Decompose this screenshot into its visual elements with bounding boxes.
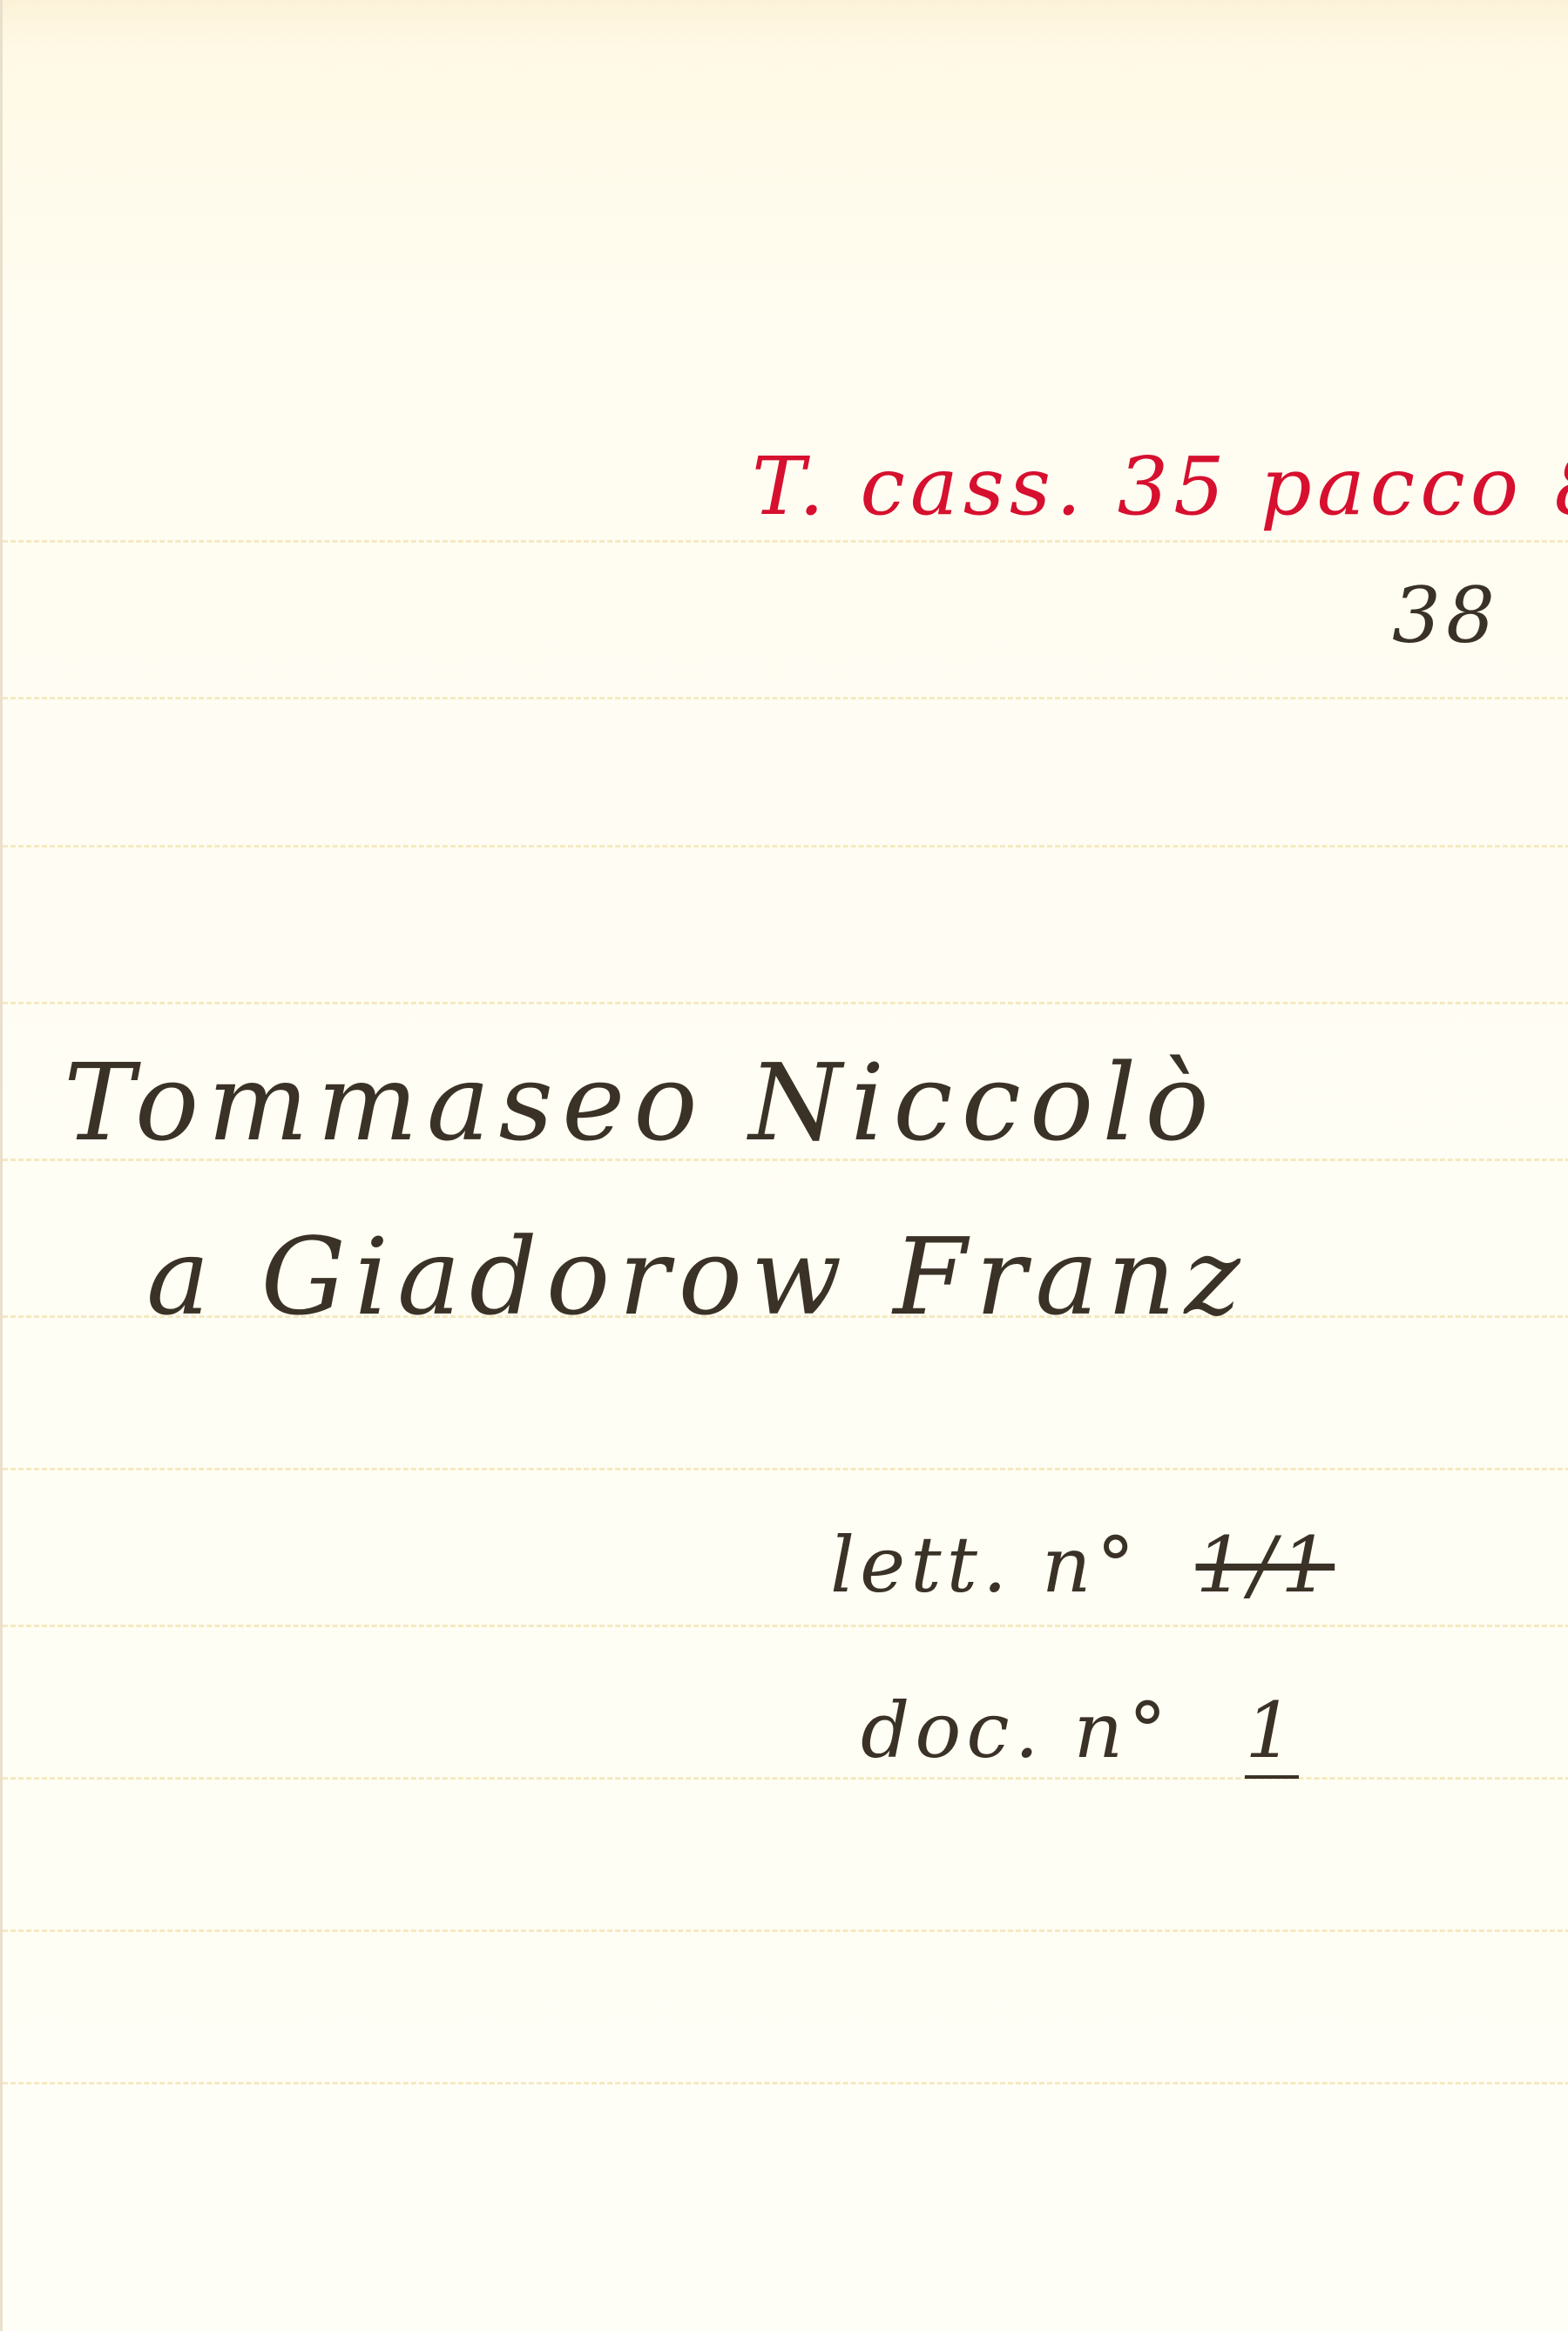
ruled-line xyxy=(3,1929,1568,1932)
document-count-label: doc. n° xyxy=(861,1686,1172,1775)
author-name: Tommaseo Niccolò xyxy=(64,1041,1218,1165)
ruled-line xyxy=(3,697,1568,699)
ruled-line xyxy=(3,540,1568,543)
recipient-name: a Giadorow Franz xyxy=(146,1215,1249,1339)
archive-index-card: T. cass. 35 pacco 86, 38 Tommaseo Niccol… xyxy=(0,0,1568,2331)
archive-reference: T. cass. 35 pacco 86, xyxy=(752,440,1568,533)
document-count-row: doc. n° 1 xyxy=(861,1686,1299,1775)
ruled-line xyxy=(3,2082,1568,2084)
letter-count-label: lett. n° xyxy=(830,1520,1140,1610)
folder-number: 38 xyxy=(1392,571,1500,660)
ruled-line xyxy=(3,1002,1568,1004)
document-count-value: 1 xyxy=(1245,1686,1299,1779)
letter-count-row: lett. n° 1/1 xyxy=(830,1520,1335,1610)
ruled-line xyxy=(3,1777,1568,1780)
ruled-line xyxy=(3,1625,1568,1627)
ruled-line xyxy=(3,845,1568,848)
ruled-line xyxy=(3,1468,1568,1470)
letter-count-value: 1/1 xyxy=(1196,1520,1335,1610)
